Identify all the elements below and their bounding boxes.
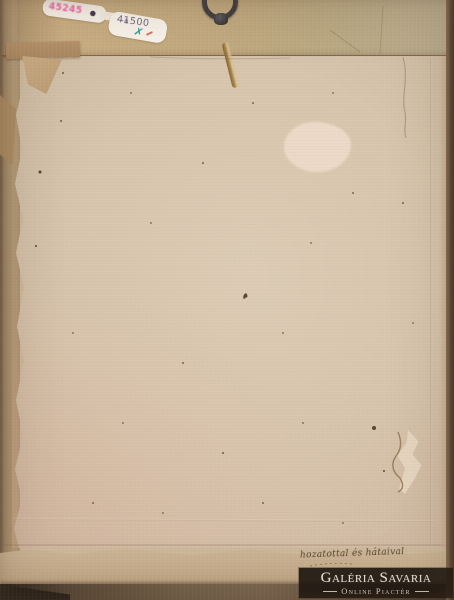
tag-hole-punch (90, 11, 96, 17)
frame-left-edge (0, 0, 20, 600)
watermark-dash-right (415, 591, 429, 592)
frame-right-edge (446, 0, 454, 600)
watermark-dash-left (323, 591, 337, 592)
watermark-subtitle-row: Online Piactér (323, 587, 428, 596)
gallery-watermark: Galéria Savaria Online Piactér (299, 568, 453, 598)
price-tag-right-lobe: 41500—o ✗ (107, 10, 168, 44)
paper-rip (396, 430, 426, 494)
photo-back-of-framed-picture: 45245 41500—o ✗ hozatottal és hátaival G… (0, 0, 454, 600)
bottom-crease (0, 544, 454, 546)
kraft-paper-strip (6, 41, 80, 59)
vertical-crease (430, 58, 432, 546)
tag-price-value: 41500 (116, 14, 150, 29)
hanging-ring-mount (214, 13, 228, 25)
tag-printed-code: 45245 (48, 1, 83, 17)
tag-handwritten-price: 41500—o (116, 14, 130, 27)
watermark-subtitle: Online Piactér (341, 587, 410, 596)
right-edge-highlight (439, 56, 446, 548)
backing-board (12, 56, 448, 548)
watermark-title: Galéria Savaria (321, 571, 432, 586)
tag-check-mark: ✗ (133, 25, 145, 38)
dirt-speckles (0, 0, 2, 2)
tag-red-tick (146, 31, 153, 36)
paper-rip-flap (396, 430, 426, 494)
